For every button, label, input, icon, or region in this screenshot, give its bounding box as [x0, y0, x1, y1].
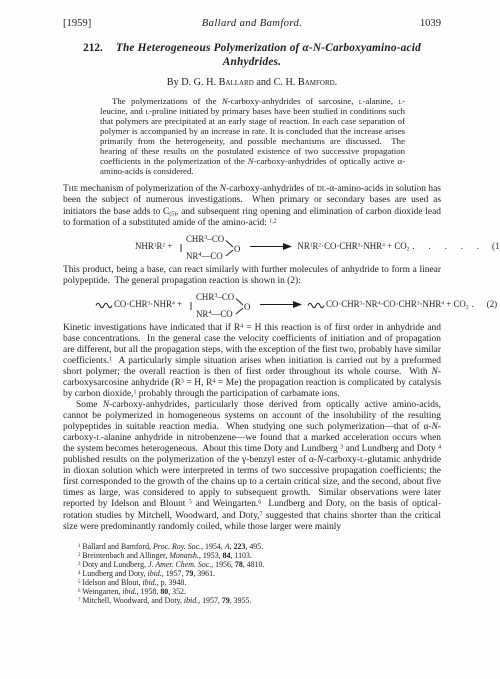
paragraph-heterogeneous: Some N-carboxy-anhydrides, particularly … [63, 400, 441, 533]
article-title-line1: The Heterogeneous Polymerization of α-N-… [116, 42, 421, 54]
article-title-line2: Anhydrides. [63, 56, 441, 70]
article-number: 212. [83, 42, 103, 54]
byline-prefix: By D. G. H. [167, 77, 219, 88]
header-year: [1959] [63, 18, 143, 29]
reaction-arrow-icon [250, 242, 292, 251]
author-name-2: Bamford [298, 77, 335, 88]
article-body: The mechanism of polymerization of the N… [63, 184, 441, 532]
svg-text:NR4—CO: NR4—CO [186, 251, 223, 261]
paragraph-kinetics: Kinetic investigations have indicated th… [63, 323, 441, 400]
reaction-arrow-icon [260, 300, 302, 309]
eq1-number: (1) [492, 241, 500, 252]
eq2-lhs: CO·CHR3·NHR4 + [114, 299, 182, 310]
footnote-item: 6 Weingarten, ibid., 1958, 80, 352. [78, 587, 441, 596]
abstract: The polymerizations of the N-carboxy-anh… [100, 97, 405, 176]
paragraph-intro: The mechanism of polymerization of the N… [63, 184, 441, 228]
svg-text:CHR3–CO: CHR3–CO [186, 234, 225, 244]
polymer-chain-squiggle-icon [307, 301, 325, 309]
footnote-item: 1 Ballard and Bamford, Proc. Roy. Soc., … [78, 542, 441, 551]
eq2-dots: . [472, 299, 475, 310]
byline-connector: and C. H. [254, 77, 298, 88]
svg-text:NR4—CO: NR4—CO [196, 309, 233, 319]
polymer-chain-squiggle-icon [95, 301, 113, 309]
journal-page: [1959] Ballard and Bamford. 1039 212.The… [0, 0, 500, 679]
byline-suffix: . [335, 77, 338, 88]
eq1-rhs: NR1R2·CO·CHR3·NHR4 + CO2 [297, 241, 409, 252]
svg-text:O: O [244, 302, 251, 312]
author-name-1: Ballard [219, 77, 254, 88]
eq2-rhs: CO·CHR3·NR4·CO·CHR3·NHR4 + CO2 [326, 299, 469, 310]
footnotes: 1 Ballard and Bamford, Proc. Roy. Soc., … [78, 542, 441, 605]
equation-2: CO·CHR3·NHR4 + CHR3–CO NR4—CO O CO·CHR3·… [63, 289, 441, 321]
eq2-number: (2) [487, 299, 497, 310]
footnote-item: 2 Breintenbach and Allinger, Monatsh., 1… [78, 551, 441, 560]
footnote-item: 4 Lundberg and Doty, ibid., 1957, 79, 39… [78, 569, 441, 578]
footnote-item: 3 Doty and Lundberg, J. Amer. Chem. Soc.… [78, 560, 441, 569]
page-header: [1959] Ballard and Bamford. 1039 [63, 18, 441, 29]
running-title: Ballard and Bamford. [143, 18, 361, 29]
anhydride-ring-icon: CHR3–CO NR4—CO O [177, 231, 243, 263]
byline: By D. G. H. Ballard and C. H. Bamford. [63, 77, 441, 88]
page-number: 1039 [361, 18, 441, 29]
svg-text:O: O [234, 244, 241, 254]
footnote-item: 7 Mitchell, Woodward, and Doty, ibid., 1… [78, 596, 441, 605]
svg-text:CHR3–CO: CHR3–CO [196, 292, 235, 302]
eq1-lhs: NHR1R2 + [135, 241, 172, 252]
anhydride-ring-icon: CHR3–CO NR4—CO O [187, 289, 253, 321]
paragraph-product: This product, being a base, can react si… [63, 265, 441, 287]
title-block: 212.The Heterogeneous Polymerization of … [63, 42, 441, 69]
equation-1: NHR1R2 + CHR3–CO NR4—CO O NR1R2·CO·CHR3·… [63, 231, 441, 263]
eq1-dots: . . . . . [412, 241, 480, 252]
footnote-item: 5 Idelson and Blout, ibid., p. 3948. [78, 578, 441, 587]
